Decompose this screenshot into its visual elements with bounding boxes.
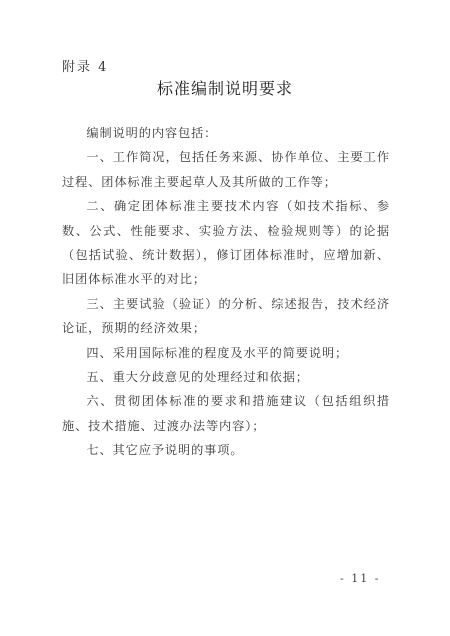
list-item: 五、重大分歧意见的处理经过和依据； bbox=[62, 365, 390, 389]
list-item: 六、贯彻团体标准的要求和措施建议（包括组织措施、技术措施、过渡办法等内容）； bbox=[62, 389, 390, 438]
list-item: 四、采用国际标准的程度及水平的简要说明； bbox=[62, 341, 390, 365]
list-item: 七、其它应予说明的事项。 bbox=[62, 438, 390, 462]
list-item: 二、确定团体标准主要技术内容（如技术指标、参数、公式、性能要求、实验方法、检验规… bbox=[62, 194, 390, 292]
list-item: 三、主要试验（验证）的分析、综述报告，技术经济论证，预期的经济效果； bbox=[62, 292, 390, 341]
page-title: 标准编制说明要求 bbox=[0, 76, 450, 99]
list-item: 一、工作简况，包括任务来源、协作单位、主要工作过程、团体标准主要起草人及其所做的… bbox=[62, 145, 390, 194]
page-number: - 11 - bbox=[340, 572, 380, 585]
document-body: 编制说明的内容包括： 一、工作简况，包括任务来源、协作单位、主要工作过程、团体标… bbox=[62, 121, 390, 463]
intro-paragraph: 编制说明的内容包括： bbox=[62, 121, 390, 145]
appendix-label: 附录 4 bbox=[62, 56, 108, 75]
